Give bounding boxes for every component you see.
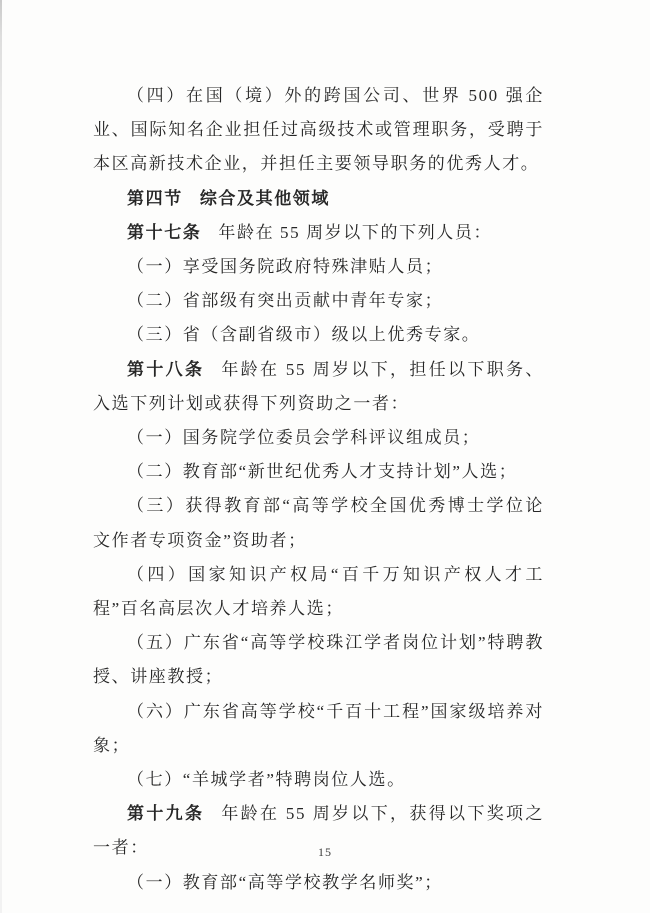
list-item: （七）“羊城学者”特聘岗位人选。 (93, 763, 544, 797)
list-item: （二）教育部“新世纪优秀人才支持计划”人选； (93, 455, 544, 489)
list-item: （一）国务院学位委员会学科评议组成员； (93, 421, 544, 455)
list-item: （一）教育部“高等学校教学名师奖”； (93, 866, 544, 900)
article-text: 年龄在 55 周岁以下的下列人员： (218, 223, 492, 242)
article-number: 第十七条 (127, 223, 201, 242)
article-paragraph: 第十七条年龄在 55 周岁以下的下列人员： (93, 216, 544, 250)
section-title: 综合及其他领域 (200, 189, 330, 208)
scan-edge-artifact (0, 0, 2, 913)
article-number: 第十九条 (127, 804, 204, 823)
list-item: （一）享受国务院政府特殊津贴人员； (93, 250, 544, 284)
list-item: （三）省（含副省级市）级以上优秀专家。 (93, 318, 544, 352)
list-item: （六）广东省高等学校“千百十工程”国家级培养对象； (93, 695, 544, 763)
document-page: （四）在国（境）外的跨国公司、世界 500 强企业、国际知名企业担任过高级技术或… (0, 0, 650, 913)
document-content: （四）在国（境）外的跨国公司、世界 500 强企业、国际知名企业担任过高级技术或… (93, 79, 544, 900)
article-paragraph: 第十八条年龄在 55 周岁以下，担任以下职务、入选下列计划或获得下列资助之一者： (93, 353, 544, 421)
list-item: （二）省部级有突出贡献中青年专家； (93, 284, 544, 318)
section-heading: 第四节综合及其他领域 (93, 182, 544, 216)
list-item: （三）获得教育部“高等学校全国优秀博士学位论文作者专项资金”资助者； (93, 489, 544, 557)
page-number: 15 (0, 845, 650, 860)
list-item: （四）国家知识产权局“百千万知识产权人才工程”百名高层次人才培养人选； (93, 558, 544, 626)
clause-paragraph: （四）在国（境）外的跨国公司、世界 500 强企业、国际知名企业担任过高级技术或… (93, 79, 544, 182)
article-number: 第十八条 (127, 360, 204, 379)
list-item: （五）广东省“高等学校珠江学者岗位计划”特聘教授、讲座教授； (93, 626, 544, 694)
section-number: 第四节 (127, 189, 183, 208)
